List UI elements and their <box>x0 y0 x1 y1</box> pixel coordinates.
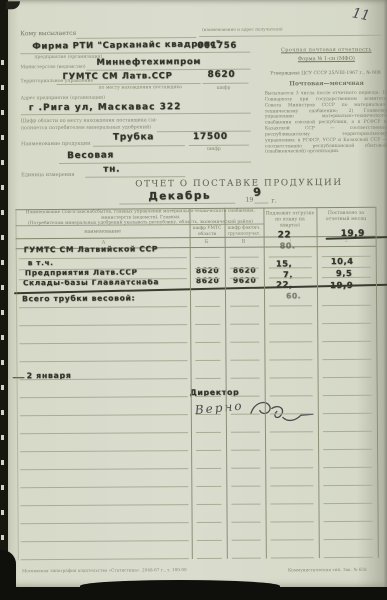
ruled-line <box>195 360 220 361</box>
col-header-umts-code: шифр УМТС области <box>191 226 224 237</box>
ruled-line <box>195 324 220 325</box>
ruled-line <box>322 267 371 268</box>
ruled-line <box>231 414 260 415</box>
ruled-line <box>269 267 312 268</box>
ruled-line <box>270 485 313 486</box>
periodicity-label: Почтовая—месячная <box>267 80 387 88</box>
ruled-line <box>19 324 187 326</box>
address-label: Адрес предприятия (организации) <box>21 96 105 102</box>
ruled-line <box>19 306 187 308</box>
ruled-line <box>271 539 314 540</box>
ruled-line <box>196 468 221 469</box>
ruled-line <box>20 450 188 452</box>
rule-line <box>20 52 250 55</box>
year-digit-stamp: 9 <box>252 185 262 199</box>
row-delivered-value: 10,4 <box>331 256 354 266</box>
table-column-line <box>263 208 266 559</box>
ruled-line <box>21 540 189 542</box>
rule-line <box>199 35 382 37</box>
region-code-label-1: Шифр области по месту нахождения поставщ… <box>21 118 157 124</box>
region-code-label-2: полняется потребителем минеральных удобр… <box>21 125 151 131</box>
ruled-line <box>196 414 221 415</box>
unit-label: Единица измерения <box>21 172 74 178</box>
product-label: Наименование продукции <box>21 141 90 147</box>
table-column-line <box>189 208 192 559</box>
ruled-line <box>19 360 187 362</box>
territorial-caption: по месту нахождения поставщика <box>99 85 183 91</box>
ruled-line <box>230 268 259 269</box>
urgency-label: Срочная почтовая отчетность <box>266 47 386 54</box>
col-header-delivered: Поставлено за отчетный месяц <box>318 211 373 223</box>
ruled-line <box>323 413 372 414</box>
ruled-line <box>270 431 313 432</box>
ruled-line <box>230 360 259 361</box>
ruled-line <box>20 378 188 380</box>
ruled-line <box>20 486 188 488</box>
scanned-report-form: 11 Кому высылается (наименование и адрес… <box>0 0 387 600</box>
rule-line <box>189 145 249 146</box>
territorial-stamp: ГУМТС СМ Латв.ССР <box>62 71 172 82</box>
rule-line <box>119 203 235 205</box>
ruled-line <box>270 449 313 450</box>
ruled-line <box>230 342 259 343</box>
ruled-line <box>323 449 372 450</box>
footer-imprint-left: Московская типография издательства «Стат… <box>22 567 187 573</box>
col-header-fact-code: шифр фактич. грузополучат. <box>226 226 263 237</box>
ruled-line <box>324 521 373 522</box>
row-plan-value: 22 <box>278 230 292 240</box>
form-number: Форма № 1-сн (МФО) <box>266 56 386 63</box>
handwritten-page-number: 11 <box>351 5 372 24</box>
rule-line <box>254 203 268 204</box>
ruled-line <box>197 522 222 523</box>
ruled-line <box>21 522 189 524</box>
table-grid <box>6 0 385 1</box>
ruled-line <box>195 342 220 343</box>
ruled-line <box>271 557 314 558</box>
ruled-line <box>230 257 259 258</box>
ruled-line <box>195 268 220 269</box>
ruled-line <box>196 504 221 505</box>
ruled-line <box>19 342 187 344</box>
ruled-line <box>20 468 188 470</box>
ruled-line <box>269 323 312 324</box>
ruled-line <box>231 450 260 451</box>
index-col-v: В <box>242 239 246 245</box>
ruled-line <box>270 377 313 378</box>
ruled-line <box>20 396 188 398</box>
ruled-line <box>21 558 189 560</box>
rule-line <box>59 162 251 164</box>
firm-name-stamp: Фирма РТИ "Сарканайс квадратс" <box>32 39 221 52</box>
ruled-line <box>271 521 314 522</box>
ruled-line <box>196 432 221 433</box>
row-name: ГУМТС СМ Латвийской ССР <box>24 244 158 254</box>
col-header-name: наименование <box>48 229 158 236</box>
rule-line <box>76 37 196 39</box>
row-plan-note: 80. <box>280 241 296 250</box>
territorial-code-stamp: 8620 <box>207 70 235 80</box>
send-to-caption: (наименование и адрес получателя) <box>202 26 283 32</box>
address-stamp: г .Рига ул, Маскавас 322 <box>29 102 182 113</box>
ruled-line <box>196 486 221 487</box>
ruled-line <box>269 341 312 342</box>
rule-line <box>21 113 251 116</box>
unit-stamp: тн. <box>103 165 120 175</box>
ruled-line <box>323 485 372 486</box>
ruled-line <box>231 378 260 379</box>
ruled-line <box>269 277 312 278</box>
ruled-line <box>231 486 260 487</box>
row-name: Всего трубки весовой: <box>22 293 135 303</box>
year-prefix: 19 <box>245 196 253 204</box>
ruled-line <box>196 396 221 397</box>
ruled-line <box>323 431 372 432</box>
ruled-line <box>322 359 371 360</box>
product-kind-stamp: Весовая <box>67 150 114 161</box>
paper-sheet: 11 Кому высылается (наименование и адрес… <box>8 0 387 587</box>
ruled-line <box>323 377 372 378</box>
report-title: ОТЧЕТ О ПОСТАВКЕ ПРОДУКЦИИ <box>135 178 342 189</box>
product-code-stamp: 17500 <box>193 132 228 142</box>
ruled-line <box>232 522 261 523</box>
ruled-line <box>231 468 260 469</box>
send-to-label: Кому высылается <box>20 30 76 37</box>
ruled-line <box>269 305 312 306</box>
code-caption: шифр <box>217 86 231 91</box>
ruled-line <box>196 450 221 451</box>
table-column-line <box>224 208 227 559</box>
ruled-line <box>324 557 373 558</box>
row-name: в т.ч. <box>28 258 54 267</box>
month-stamp: Декабрь <box>148 190 211 203</box>
ruled-line <box>270 503 313 504</box>
firm-code-stamp: 001756 <box>197 41 237 51</box>
ruled-line <box>270 467 313 468</box>
ruled-line <box>269 359 312 360</box>
ruled-line <box>322 305 371 306</box>
binding-corner-shadow <box>6 1 20 9</box>
table-header-divider <box>16 236 376 240</box>
ruled-line <box>232 540 261 541</box>
footer-imprint-right: Коммунистическая тип. Зак. № 658 <box>288 567 367 573</box>
rule-line <box>85 176 185 178</box>
instructions-text: Высылается 3 числа после отчетного перио… <box>265 91 387 156</box>
ruled-line <box>197 540 222 541</box>
table-column-line <box>375 207 378 558</box>
ruled-line <box>195 278 220 279</box>
ruled-line <box>322 341 371 342</box>
ruled-line <box>322 323 371 324</box>
ruled-line <box>323 395 372 396</box>
ruled-line <box>20 432 188 434</box>
photo-edge-band <box>0 587 387 600</box>
ruled-line <box>232 558 261 559</box>
ruled-line <box>323 467 372 468</box>
row-plan-note: 60. <box>286 291 301 300</box>
ruled-line <box>324 539 373 540</box>
index-col-b: Б <box>205 239 209 245</box>
ruled-line <box>197 558 222 559</box>
ruled-line <box>231 396 260 397</box>
ministry-stamp: Миннефтехимпром <box>96 57 201 68</box>
ruled-line <box>230 306 259 307</box>
photo-corner-shadow <box>0 550 16 600</box>
product-name-stamp: Трубка <box>113 132 154 142</box>
year-suffix: г. <box>271 196 276 204</box>
ruled-line <box>230 278 259 279</box>
ruled-line <box>20 414 188 416</box>
approved-line: Утверждена ЦСУ СССР 25/VIII-1967 г., № 6… <box>262 71 387 77</box>
rule-line <box>203 83 249 84</box>
ruled-line <box>231 432 260 433</box>
ruled-line <box>230 324 259 325</box>
rule-line <box>93 145 185 147</box>
enterprise-caption: предприятие (организация) <box>34 55 102 60</box>
ruled-line <box>19 257 187 259</box>
ruled-line <box>196 378 221 379</box>
ruled-line <box>195 257 220 258</box>
table-column-line <box>15 209 18 560</box>
ruled-line <box>323 503 372 504</box>
col-header-plan: Подлежит отгрузке по плану на квартал <box>265 211 314 229</box>
ruled-line <box>269 256 312 257</box>
ruled-line <box>322 256 371 257</box>
ministry-label: Министерство (ведомство) <box>20 65 85 70</box>
ruled-line <box>322 277 371 278</box>
ruled-line <box>195 306 220 307</box>
code-caption-2: шифр <box>207 147 221 152</box>
binding-stitches <box>1 40 4 580</box>
table-column-line <box>316 207 319 558</box>
ruled-line <box>20 504 188 506</box>
ruled-line <box>231 504 260 505</box>
